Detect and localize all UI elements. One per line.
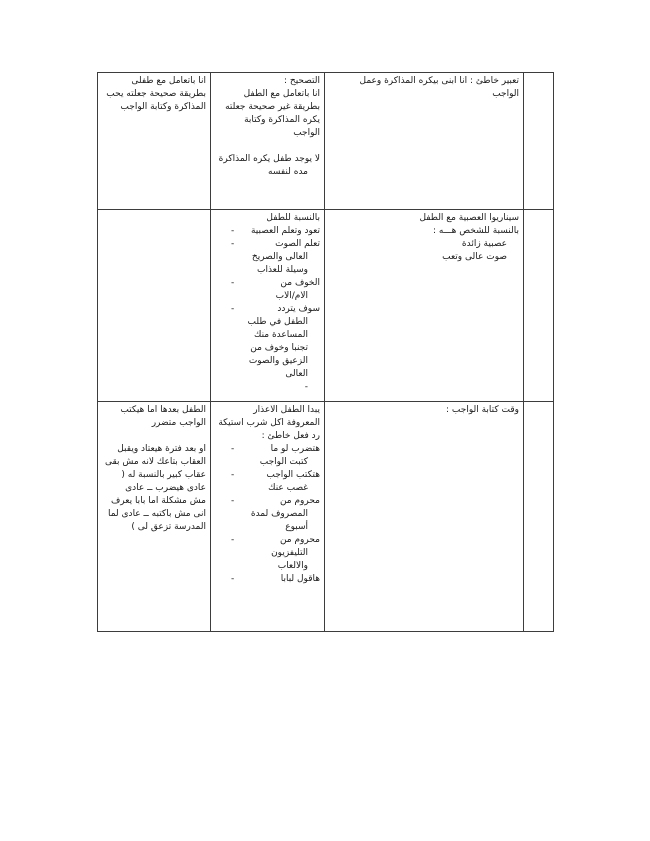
text-line: سيناريوا العصبية مع الطفل bbox=[329, 212, 519, 225]
text-line: تعبير خاطئ : انا ابنى بيكره المذاكرة وعم… bbox=[329, 75, 519, 88]
bullet-text: الخوف من bbox=[280, 277, 320, 290]
text-line: والالعاب bbox=[215, 560, 320, 573]
text-line: بالنسبة للطفل bbox=[215, 212, 320, 225]
bullet-dash: - bbox=[231, 238, 234, 251]
text-line: رد فعل خاطئ : bbox=[215, 430, 320, 443]
text-line: الواجب bbox=[329, 88, 519, 101]
text-line: غصب عنك bbox=[215, 482, 320, 495]
text-line: انا باتعامل مع طفلى bbox=[102, 75, 206, 88]
bullet-text: سوف يتردد bbox=[277, 303, 320, 316]
text-line: او بعد فترة هيعتاد ويقبل bbox=[102, 443, 206, 456]
text-line: الطفل في طلب bbox=[215, 316, 320, 329]
text-line: هاقول لبابا- bbox=[215, 573, 320, 586]
bullet-dash: - bbox=[231, 443, 234, 456]
text-line: الواجب bbox=[215, 127, 320, 140]
text-line: الواجب متضرر bbox=[102, 417, 206, 430]
text-line: محروم من- bbox=[215, 495, 320, 508]
parenting-advice-table: انا باتعامل مع طفلىبطريقة صحيحة جعلته يح… bbox=[97, 72, 554, 632]
text-line: يبدا الطفل الاعذار bbox=[215, 404, 320, 417]
bullet-dash: - bbox=[231, 495, 234, 508]
text-line: العقاب بتاعك لانه مش بقى bbox=[102, 456, 206, 469]
text-line: بطريقة صحيحة جعلته يحب bbox=[102, 88, 206, 101]
cell-row2-child-effects: بالنسبة للطفلتعود وتعلم العصبية-تعلم الص… bbox=[210, 209, 324, 401]
cell-row2-nervousness-scenario: سيناريوا العصبية مع الطفلبالنسبة للشخص ه… bbox=[324, 209, 523, 401]
text-line: هتضرب لو ما- bbox=[215, 443, 320, 456]
text-line: كتبت الواجب bbox=[215, 456, 320, 469]
text-line: محروم من- bbox=[215, 534, 320, 547]
text-line: تعلم الصوت- bbox=[215, 238, 320, 251]
text-line: الطفل بعدها اما هيكتب bbox=[102, 404, 206, 417]
cell-row2-empty bbox=[97, 209, 210, 401]
bullet-dash: - bbox=[231, 303, 234, 316]
bullet-text: محروم من bbox=[280, 534, 320, 547]
text-line: المصروف لمدة bbox=[215, 508, 320, 521]
bullet-text: تعود وتعلم العصبية bbox=[251, 225, 320, 238]
bullet-text: هتكتب الواجب bbox=[266, 469, 320, 482]
text-line: المعروفة اكل شرب استيكة bbox=[215, 417, 320, 430]
text-line: وقت كتابة الواجب : bbox=[329, 404, 519, 417]
bullet-text: تعلم الصوت bbox=[275, 238, 320, 251]
text-line: سوف يتردد- bbox=[215, 303, 320, 316]
text-line: هتكتب الواجب- bbox=[215, 469, 320, 482]
text-line: مش مشكلة اما بابا يعرف bbox=[102, 495, 206, 508]
text-line: التليفزيون bbox=[215, 547, 320, 560]
bullet-text: هتضرب لو ما bbox=[271, 443, 320, 456]
bullet-dash: - bbox=[231, 534, 234, 547]
text-line: الخوف من- bbox=[215, 277, 320, 290]
text-line: بطريقة غير صحيحة جعلته bbox=[215, 101, 320, 114]
text-line: صوت عالى وتعب bbox=[329, 251, 519, 264]
cell-row3-consequences: الطفل بعدها اما هيكتبالواجب متضرراو بعد … bbox=[97, 401, 210, 631]
bullet-text: هاقول لبابا bbox=[281, 573, 320, 586]
document-page: { "page": { "background": "#ffffff", "te… bbox=[0, 0, 650, 841]
text-line: - bbox=[215, 381, 320, 394]
text-line: الزعيق والصوت bbox=[215, 355, 320, 368]
bullet-dash: - bbox=[231, 277, 234, 290]
cell-row2-side-margin bbox=[523, 209, 553, 401]
cell-row3-side-margin bbox=[523, 401, 553, 631]
text-line: أسبوع bbox=[215, 521, 320, 534]
cell-row3-homework-time: وقت كتابة الواجب : bbox=[324, 401, 523, 631]
text-line: تجنبا وخوف من bbox=[215, 342, 320, 355]
bullet-text: محروم من bbox=[280, 495, 320, 508]
text-line: مده لنفسه bbox=[215, 166, 320, 179]
text-line: عصبية زائدة bbox=[329, 238, 519, 251]
text-line: المدرسة تزعق لى ) bbox=[102, 521, 206, 534]
text-line: تعود وتعلم العصبية- bbox=[215, 225, 320, 238]
text-line: بالنسبة للشخص هـــه : bbox=[329, 225, 519, 238]
cell-row1-side-margin bbox=[523, 72, 553, 209]
text-line: انا باتعامل مع الطفل bbox=[215, 88, 320, 101]
text-line: عادى هيضرب ــ عادى bbox=[102, 482, 206, 495]
bullet-dash: - bbox=[231, 573, 234, 586]
text-line bbox=[102, 430, 206, 443]
bullet-dash: - bbox=[231, 225, 234, 238]
text-line: المذاكرة وكتابة الواجب bbox=[102, 101, 206, 114]
text-line: وسيلة للعذاب bbox=[215, 264, 320, 277]
bullet-dash: - bbox=[231, 469, 234, 482]
cell-row1-wrong-expression: تعبير خاطئ : انا ابنى بيكره المذاكرة وعم… bbox=[324, 72, 523, 209]
text-line: عقاب كبير بالنسبة له ( bbox=[102, 469, 206, 482]
cell-row1-correct-method: انا باتعامل مع طفلىبطريقة صحيحة جعلته يح… bbox=[97, 72, 210, 209]
text-line: لا يوجد طفل يكره المذاكرة bbox=[215, 153, 320, 166]
text-line: يكره المذاكرة وكتابة bbox=[215, 114, 320, 127]
cell-row1-correction: التصحيح :انا باتعامل مع الطفلبطريقة غير … bbox=[210, 72, 324, 209]
text-line: انى مش باكتبه ــ عادى لما bbox=[102, 508, 206, 521]
text-line bbox=[215, 140, 320, 153]
text-line: الام/الاب bbox=[215, 290, 320, 303]
text-line: العالى والصريخ bbox=[215, 251, 320, 264]
cell-row3-child-excuses: يبدا الطفل الاعذارالمعروفة اكل شرب استيك… bbox=[210, 401, 324, 631]
text-line: المساعدة منك bbox=[215, 329, 320, 342]
text-line: العالى bbox=[215, 368, 320, 381]
text-line: التصحيح : bbox=[215, 75, 320, 88]
